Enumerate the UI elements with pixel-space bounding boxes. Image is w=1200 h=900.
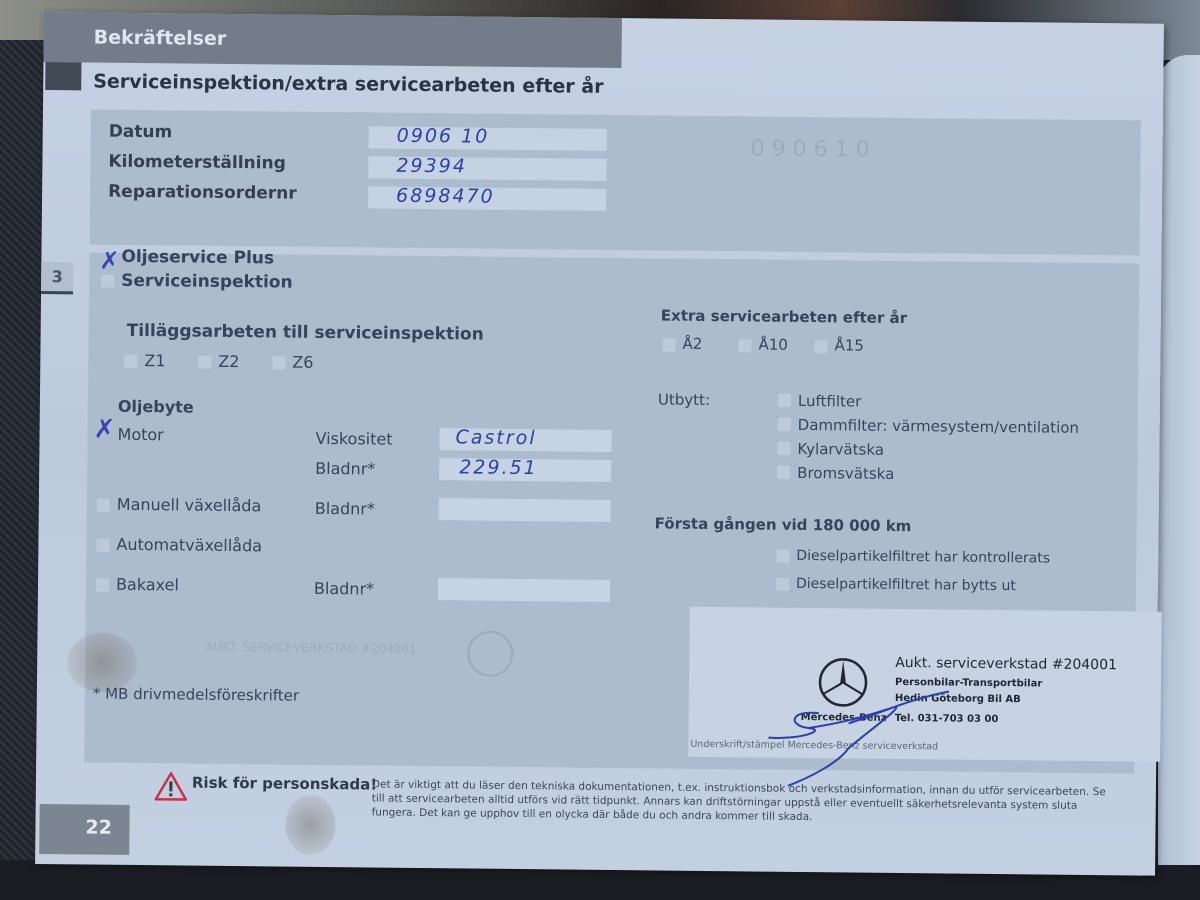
dpf-checked-checkbox[interactable] <box>776 550 789 563</box>
extra-work-heading: Extra servicearbeten efter år <box>661 306 907 327</box>
manual-gearbox-checkbox[interactable] <box>97 499 110 512</box>
a2-checkbox[interactable] <box>662 338 675 351</box>
dpf-heading: Första gången vid 180 000 km <box>655 514 912 535</box>
coolant-checkbox[interactable] <box>777 442 790 455</box>
z1-checkbox[interactable] <box>124 355 137 368</box>
page-title: Serviceinspektion/extra servicearbeten e… <box>93 71 604 98</box>
checkmark-x-icon: ✗ <box>99 249 119 273</box>
facing-page-edge <box>1158 55 1200 865</box>
service-booklet-page: Bekräftelser Serviceinspektion/extra ser… <box>35 12 1164 876</box>
motor-sheet-field[interactable]: 229.51 <box>439 458 611 482</box>
a15-checkbox[interactable] <box>814 340 827 353</box>
viscosity-label: Viskositet <box>315 429 392 449</box>
chapter-header: Bekräftelser <box>43 12 621 68</box>
automatic-gearbox-label: Automatväxellåda <box>116 535 262 556</box>
warning-text: Det är viktigt att du läser den tekniska… <box>372 777 1112 827</box>
odometer-label: Kilometerställning <box>108 152 286 174</box>
checkmark-x-icon: ✗ <box>93 417 115 443</box>
manual-gearbox-label: Manuell växellåda <box>117 495 262 516</box>
chapter-title: Bekräftelser <box>94 27 227 50</box>
z1-label: Z1 <box>144 351 165 370</box>
motor-sheet-label: Bladnr* <box>315 459 375 479</box>
a10-label: Å10 <box>758 336 788 354</box>
section-tab: 3 <box>41 262 73 294</box>
additional-work-heading: Tilläggsarbeten till serviceinspektion <box>127 321 484 345</box>
identification-block: Datum 0906 10 Kilometerställning 29394 R… <box>90 109 1141 255</box>
dpf-checked-label: Dieselpartikelfiltret har kontrollerats <box>796 548 1050 567</box>
viscosity-field[interactable]: Castrol <box>439 428 611 452</box>
date-field[interactable]: 0906 10 <box>369 126 607 150</box>
service-inspection-option[interactable]: Serviceinspektion <box>121 271 293 293</box>
oil-change-heading: Oljebyte <box>118 397 194 417</box>
brake-fluid-label: Bromsvätska <box>797 464 894 483</box>
manual-gearbox-sheet-label: Bladnr* <box>315 499 375 519</box>
signature-icon <box>748 667 1009 790</box>
smudge <box>67 632 138 693</box>
bleed-through-text: 0 9 0 6 1 0 <box>750 136 869 162</box>
dpf-replaced-checkbox[interactable] <box>776 578 789 591</box>
z6-checkbox[interactable] <box>272 356 285 369</box>
z2-checkbox[interactable] <box>198 356 211 369</box>
brake-fluid-checkbox[interactable] <box>777 466 790 479</box>
a10-checkbox[interactable] <box>738 339 751 352</box>
odometer-value: 29394 <box>396 155 467 178</box>
warning-triangle-icon <box>154 771 188 801</box>
oil-service-plus-option[interactable]: Oljeservice Plus <box>121 247 274 269</box>
service-form-block: ✗ Oljeservice Plus Serviceinspektion Til… <box>84 252 1139 773</box>
repair-order-label: Reparationsordernr <box>108 182 297 204</box>
replaced-label: Utbytt: <box>658 390 710 409</box>
rear-axle-checkbox[interactable] <box>96 579 109 592</box>
stamp-area[interactable]: Aukt. serviceverkstad #204001 Personbila… <box>688 607 1162 762</box>
service-inspection-checkbox[interactable] <box>101 275 114 288</box>
a15-label: Å15 <box>834 336 864 354</box>
bleed-through-star-icon <box>465 628 516 679</box>
repair-order-field[interactable]: 6898470 <box>368 186 606 210</box>
title-marker <box>45 62 81 90</box>
z6-label: Z6 <box>292 353 313 372</box>
rear-axle-label: Bakaxel <box>116 575 179 595</box>
page-number: 22 <box>39 804 130 855</box>
date-label: Datum <box>109 122 173 143</box>
air-filter-label: Luftfilter <box>798 392 862 411</box>
dust-filter-checkbox[interactable] <box>778 418 791 431</box>
warning-title: Risk för personskada! <box>192 774 377 794</box>
smudge <box>285 795 336 856</box>
viscosity-value: Castrol <box>455 426 536 449</box>
odometer-field[interactable]: 29394 <box>368 156 606 180</box>
motor-sheet-value: 229.51 <box>459 456 538 479</box>
manual-gearbox-sheet-field[interactable] <box>439 498 611 522</box>
motor-option[interactable]: Motor <box>117 425 163 444</box>
footnote: * MB drivmedelsföreskrifter <box>93 685 299 705</box>
z2-label: Z2 <box>218 352 239 371</box>
dust-filter-label: Dammfilter: värmesystem/ventilation <box>798 416 1079 437</box>
coolant-label: Kylarvätska <box>797 440 884 459</box>
dpf-replaced-label: Dieselpartikelfiltret har bytts ut <box>796 576 1016 594</box>
a2-label: Å2 <box>682 335 702 353</box>
bleed-through-stamp: AUKT. SERVICEVERKSTAD #204001 <box>205 640 416 656</box>
rear-axle-sheet-field[interactable] <box>438 578 610 602</box>
rear-axle-sheet-label: Bladnr* <box>314 579 374 599</box>
repair-order-value: 6898470 <box>396 185 495 208</box>
date-value: 0906 10 <box>397 125 490 148</box>
air-filter-checkbox[interactable] <box>778 394 791 407</box>
automatic-gearbox-checkbox[interactable] <box>96 539 109 552</box>
